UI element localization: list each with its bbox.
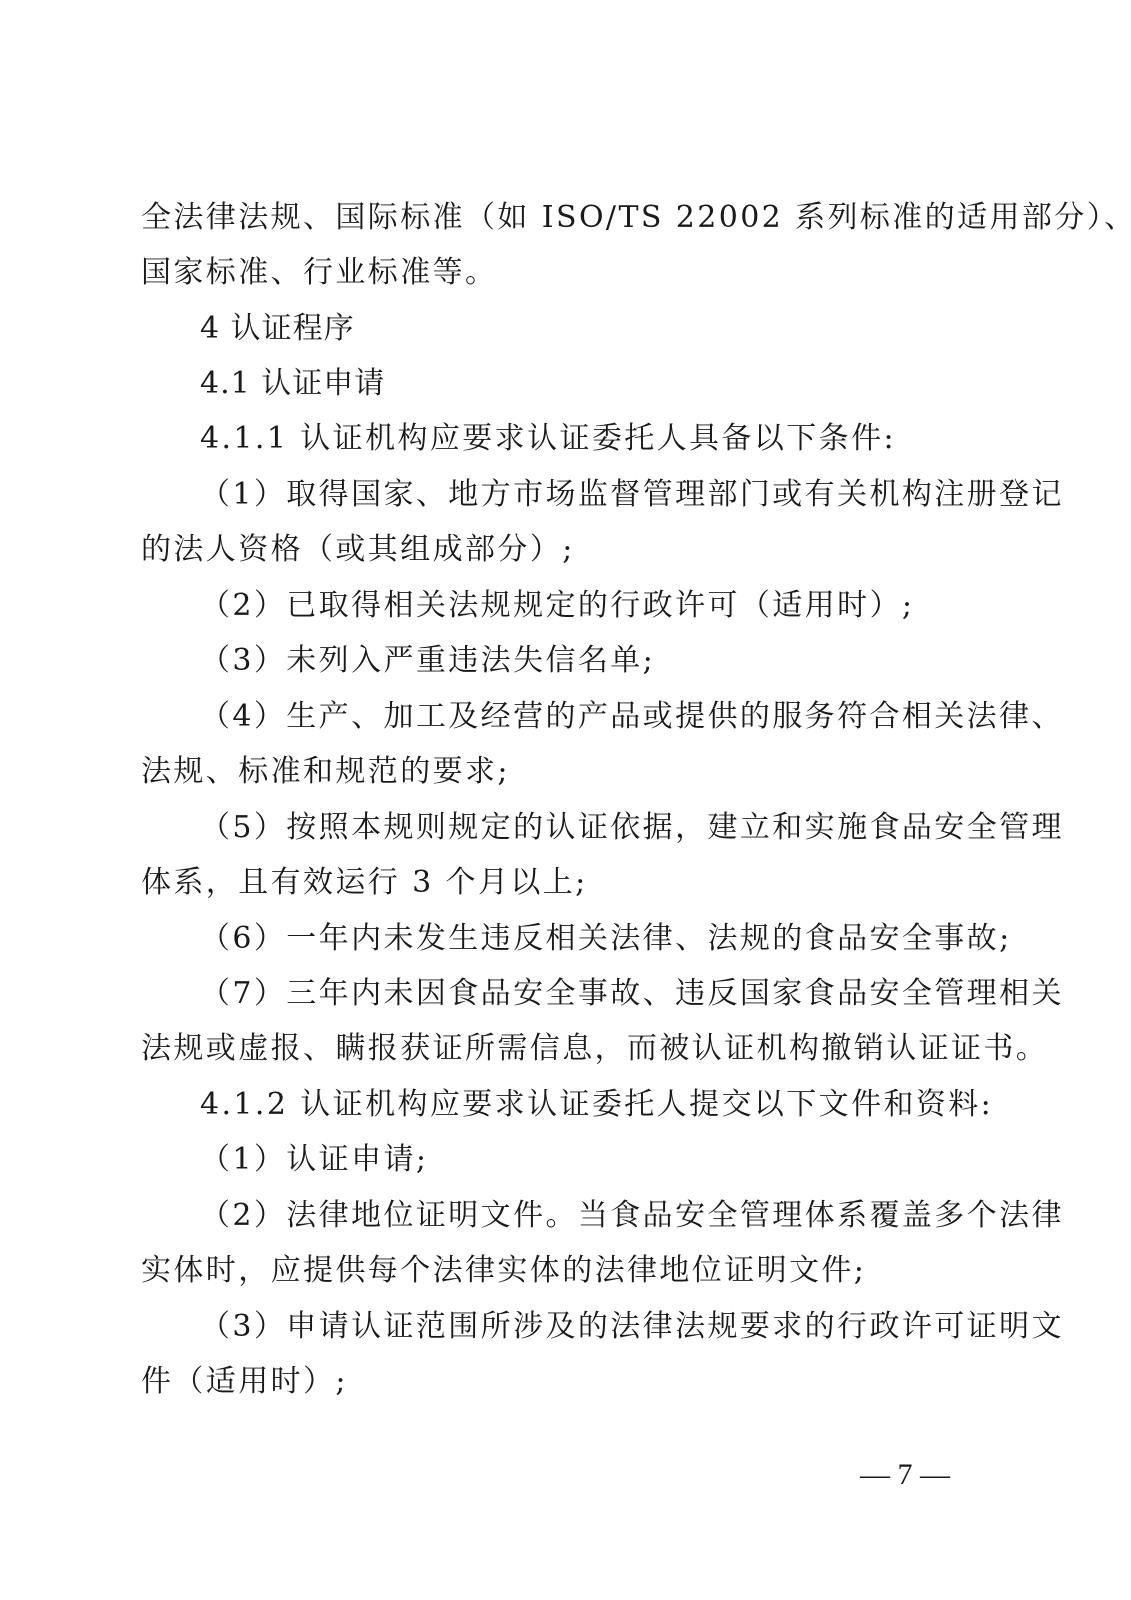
document-page: 全法律法规、国际标准（如 ISO/TS 22002 系列标准的适用部分）、 国家…: [0, 0, 1131, 1600]
list-item-condition-7-cont: 法规或虚报、瞒报获证所需信息，而被认证机构撤销认证证书。: [141, 1029, 981, 1069]
list-item-condition-1-cont: 的法人资格（或其组成部分）;: [141, 530, 981, 570]
text-line-continuation: 国家标准、行业标准等。: [141, 253, 981, 293]
list-item-condition-3: （3）未列入严重违法失信名单;: [200, 641, 981, 681]
clause-4-1-2: 4.1.2 认证机构应要求认证委托人提交以下文件和资料:: [200, 1085, 981, 1125]
list-item-document-3-cont: 件（适用时）;: [141, 1362, 981, 1402]
list-item-condition-2: （2）已取得相关法规规定的行政许可（适用时）;: [200, 586, 981, 626]
list-item-condition-7: （7）三年内未因食品安全事故、违反国家食品安全管理相关: [200, 974, 981, 1014]
list-item-document-3: （3）申请认证范围所涉及的法律法规要求的行政许可证明文: [200, 1307, 981, 1347]
text-line-continuation: 全法律法规、国际标准（如 ISO/TS 22002 系列标准的适用部分）、: [141, 198, 981, 238]
page-number: — 7 —: [850, 1455, 960, 1495]
section-heading-4: 4 认证程序: [200, 309, 981, 349]
list-item-document-2-cont: 实体时，应提供每个法律实体的法律地位证明文件;: [141, 1251, 981, 1291]
list-item-condition-4-cont: 法规、标准和规范的要求;: [141, 752, 981, 792]
list-item-condition-5: （5）按照本规则规定的认证依据，建立和实施食品安全管理: [200, 808, 981, 848]
section-heading-4-1: 4.1 认证申请: [200, 364, 981, 404]
list-item-condition-5-cont: 体系，且有效运行 3 个月以上;: [141, 863, 981, 903]
list-item-condition-4: （4）生产、加工及经营的产品或提供的服务符合相关法律、: [200, 697, 981, 737]
list-item-condition-6: （6）一年内未发生违反相关法律、法规的食品安全事故;: [200, 919, 981, 959]
list-item-document-1: （1）认证申请;: [200, 1140, 981, 1180]
clause-4-1-1: 4.1.1 认证机构应要求认证委托人具备以下条件:: [200, 419, 981, 459]
list-item-condition-1: （1）取得国家、地方市场监督管理部门或有关机构注册登记: [200, 475, 981, 515]
list-item-document-2: （2）法律地位证明文件。当食品安全管理体系覆盖多个法律: [200, 1196, 981, 1236]
